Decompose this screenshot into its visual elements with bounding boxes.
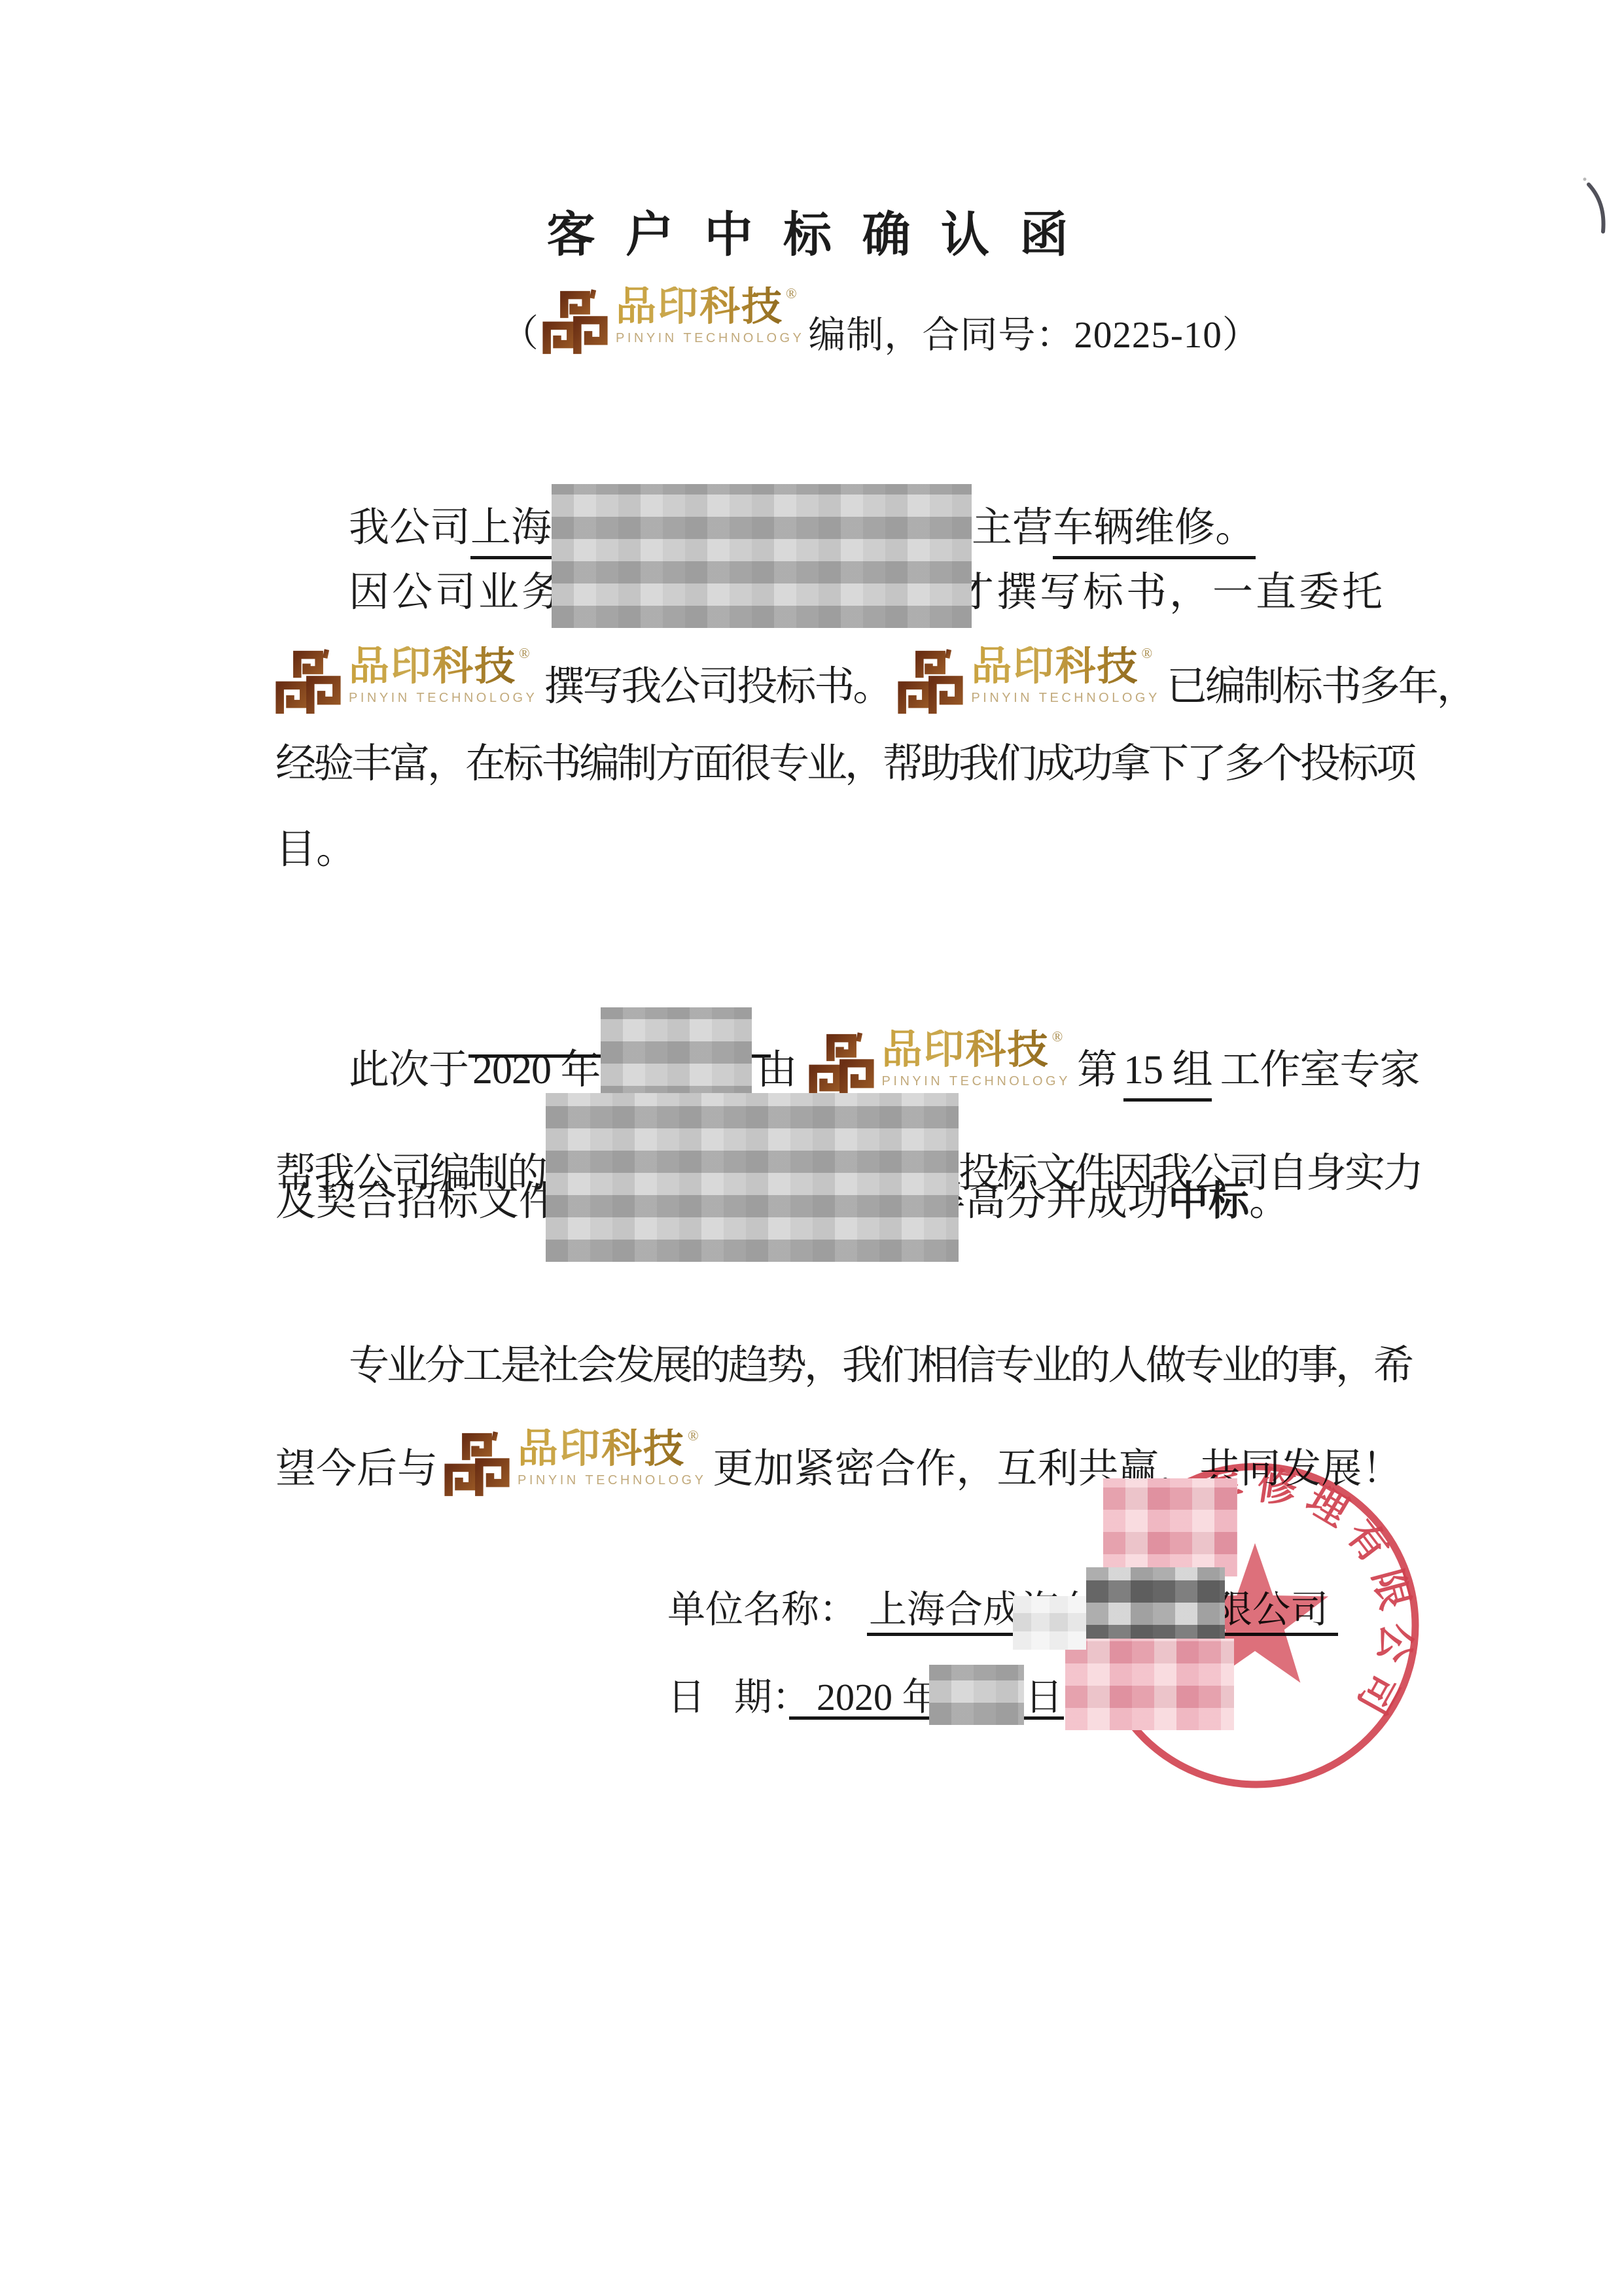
p2l1-studio: 工作室专家 [1220,1048,1419,1092]
pinyin-logo: 品印科技 ® PINYIN TECHNOLOGY [275,646,537,723]
redaction-company-name [552,484,972,628]
pinyin-logo-icon [444,1429,510,1506]
pinyin-logo-icon [898,646,963,723]
paragraph1-line3: 品印科技 ® PINYIN TECHNOLOGY 撰写我公司投标书。 品印科技 … [275,646,1475,723]
paragraph3-line1: 专业分工是社会发展的趋势，我们相信专业的人做专业的事，希 [349,1343,1411,1389]
document-page: 客 户 中 标 确 认 函 （ 品印科技 [0,0,1624,2296]
paragraph2-line2: 帮我公司编制的投标文件因我公司自身实力 [275,1093,1422,1262]
pinyin-logo-en: PINYIN TECHNOLOGY [518,1474,706,1487]
pinyin-logo-text: 品印科技 ® PINYIN TECHNOLOGY [518,1429,706,1487]
pinyin-logo-en: PINYIN TECHNOLOGY [616,332,804,345]
date-label-qi: 期： [734,1676,810,1718]
pinyin-logo-en: PINYIN TECHNOLOGY [882,1075,1070,1088]
p1l3-text-b: 已编制标书多年， [1167,665,1475,709]
p2l1-cicyu: 此次于 [349,1048,468,1092]
registered-mark-icon: ® [1052,1030,1063,1044]
pinyin-logo-icon [275,646,341,723]
pinyin-logo-en: PINYIN TECHNOLOGY [971,691,1159,704]
pinyin-logo: 品印科技 ® PINYIN TECHNOLOGY [444,1429,706,1506]
subtitle-open-paren: （ [501,304,538,364]
registered-mark-icon: ® [688,1429,699,1443]
pinyin-logo-zh: 品印科技 [971,646,1139,687]
pinyin-logo: 品印科技 ® PINYIN TECHNOLOGY [898,646,1159,723]
paragraph1-line5: 目。 [275,827,357,873]
p1l1-pre: 我公司 [349,506,470,550]
p1l1-underlined-shanghai: 上海 [470,506,552,559]
pinyin-logo: 品印科技 ® PINYIN TECHNOLOGY [542,287,804,364]
subtitle-row: （ 品印科技 ® PINYIN [501,287,1260,364]
p2l3-win-bold: 中标 [1168,1179,1249,1224]
pinyin-logo-text: 品印科技 ® PINYIN TECHNOLOGY [971,646,1159,704]
pinyin-logo-zh: 品印科技 [616,287,783,327]
registered-mark-icon: ® [1141,646,1150,661]
pinyin-logo-icon [542,287,608,364]
redaction-stamp-lower [1065,1639,1234,1730]
p3l2-pre: 望今后与 [275,1447,438,1491]
pinyin-logo-zh: 品印科技 [349,646,516,687]
redaction-stamp-upper [1103,1478,1237,1576]
paragraph1-line4: 经验丰富，在标书编制方面很专业，帮助我们成功拿下了多个投标项 [275,741,1414,788]
pinyin-logo-en: PINYIN TECHNOLOGY [349,691,537,704]
p2l3-period: 。 [1249,1179,1290,1224]
org-label: 单位名称： [667,1588,857,1631]
page-title: 客 户 中 标 确 认 函 [0,208,1624,264]
p1l1-business: 车辆维修 [1053,506,1215,550]
redaction-org-name-core [1086,1567,1225,1647]
date-day: 日 [1025,1676,1063,1718]
pinyin-logo-zh: 品印科技 [882,1030,1050,1070]
registered-mark-icon: ® [786,287,797,301]
p1l3-text-a: 撰写我公司投标书。 [544,665,891,709]
pinyin-logo-text: 品印科技 ® PINYIN TECHNOLOGY [882,1030,1070,1088]
p2l1-di: 第 [1077,1048,1117,1092]
date-year: 2020 年 [817,1676,940,1718]
p1l1-mid: 主营 [972,506,1053,550]
redaction-pale-left [1013,1596,1086,1650]
scan-artifact-mark [1569,171,1621,243]
p1l1-underlined-business: 车辆维修。 [1053,506,1256,559]
redaction-project-name [546,1093,959,1262]
redaction-date-day [929,1665,1024,1725]
pinyin-logo-text: 品印科技 ® PINYIN TECHNOLOGY [616,287,804,345]
registered-mark-icon: ® [519,646,528,661]
subtitle-text: 编制，合同号：20225-10） [808,305,1260,364]
pinyin-logo-text: 品印科技 ® PINYIN TECHNOLOGY [349,646,537,704]
date-label-ri: 日 [667,1676,705,1718]
p1l1-period: 。 [1215,506,1256,550]
pinyin-logo-zh: 品印科技 [518,1429,685,1469]
